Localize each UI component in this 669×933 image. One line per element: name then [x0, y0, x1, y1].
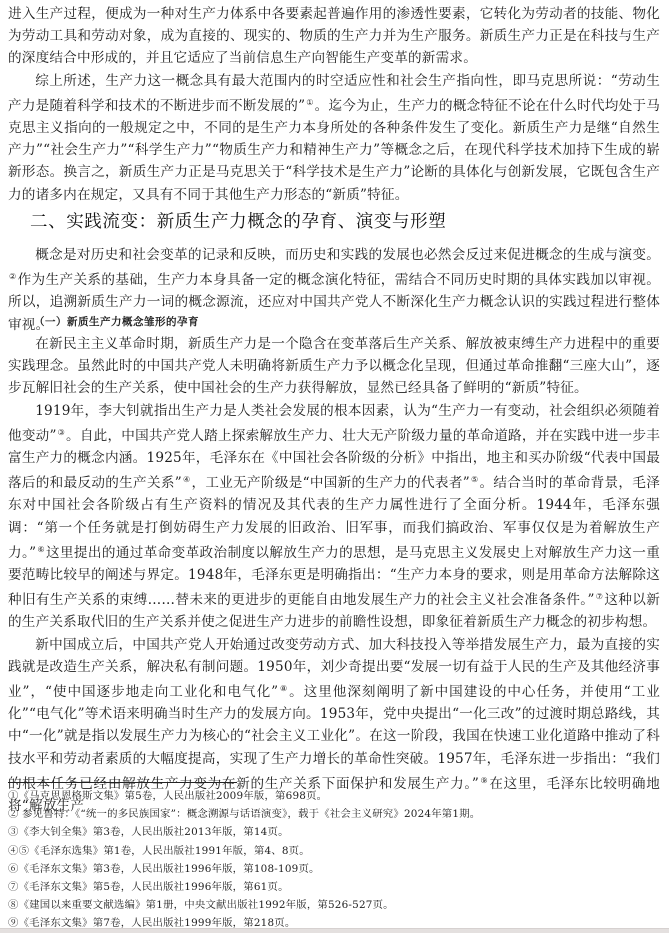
- footnote-item: ①《马克思恩格斯文集》第5卷，人民出版社2009年版，第698页。: [8, 787, 648, 805]
- document-page: 进入生产过程，便成为一种对生产力体系中各要素起普遍作用的渗透性要素，它转化为劳动…: [0, 0, 669, 928]
- section2-body: 在新民主主义革命时期，新质生产力是一个隐含在变革落后生产关系、解放被束缚生产力进…: [8, 333, 660, 817]
- footnote-ref[interactable]: ⑨: [480, 776, 488, 785]
- paragraph-1919: 1919年，李大钊就指出生产力是人类社会发展的根本因素，认为“生产力一有变动，社…: [8, 400, 660, 634]
- footnote-divider: [8, 782, 237, 783]
- footnote-item: ⑧《建国以来重要文献选编》第1册，中央文献出版社1992年版，第526-527页…: [8, 896, 648, 914]
- footnote-ref[interactable]: ④: [183, 475, 191, 484]
- footnote-ref-2[interactable]: ②: [9, 272, 17, 281]
- footnotes: ①《马克思恩格斯文集》第5卷，人民出版社2009年版，第698页。② 参见鲁特：…: [8, 787, 648, 933]
- paragraph-summary: 综上所述，生产力这一概念具有最大范围内的时空适应性和社会生产指向性，即马克思所说…: [8, 70, 660, 206]
- footnote-item: ⑥《毛泽东文集》第3卷，人民出版社1996年版，第108-109页。: [8, 860, 648, 878]
- subsection-heading: （一）新质生产力概念雏形的孕育: [34, 314, 199, 329]
- footnote-ref[interactable]: ⑤: [471, 475, 479, 484]
- paragraph-tech-penetration: 进入生产过程，便成为一种对生产力体系中各要素起普遍作用的渗透性要素，它转化为劳动…: [8, 3, 660, 70]
- paragraph-new-democratic: 在新民主主义革命时期，新质生产力是一个隐含在变革落后生产关系、解放被束缚生产力进…: [8, 333, 660, 400]
- footnote-item: ③《李大钊全集》第3卷，人民出版社2013年版，第14页。: [8, 823, 648, 841]
- footnote-item: ② 参见鲁特：《“统一的多民族国家”：概念溯源与话语演变》，载于《社会主义研究》…: [8, 805, 648, 823]
- section1-tail: 进入生产过程，便成为一种对生产力体系中各要素起普遍作用的渗透性要素，它转化为劳动…: [8, 3, 660, 206]
- footnote-ref[interactable]: ⑦: [596, 592, 604, 601]
- page-bottom-edge: [0, 928, 669, 933]
- footnote-ref-1[interactable]: ①: [306, 98, 313, 107]
- footnote-ref[interactable]: ③: [58, 428, 65, 437]
- footnote-item: ④⑤《毛泽东选集》第1卷，人民出版社1991年版，第4、8页。: [8, 842, 648, 860]
- section-heading: 二、实践流变：新质生产力概念的孕育、演变与形塑: [30, 208, 446, 233]
- footnote-ref[interactable]: ⑥: [37, 545, 45, 554]
- footnote-item: ⑦《毛泽东文集》第5卷，人民出版社1996年版，第61页。: [8, 878, 648, 896]
- footnote-ref[interactable]: ⑧: [279, 684, 288, 693]
